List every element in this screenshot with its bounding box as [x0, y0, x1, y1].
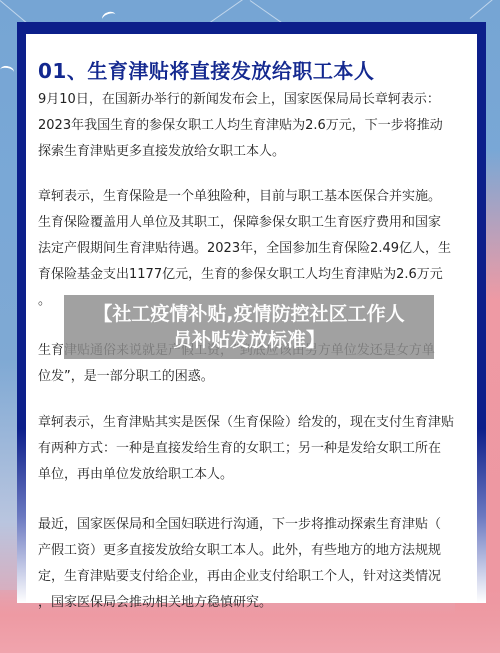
paragraph-line: 2023年我国生育的参保女职工人均生育津贴为2.6万元，下一步将推动	[38, 113, 468, 139]
article-title: 01、生育津贴将直接发放给职工本人	[38, 55, 374, 84]
paragraph-line: 章轲表示，生育津贴其实是医保（生育保险）给发的，现在支付生育津贴	[38, 410, 468, 436]
paragraph-line: 产假工资）更多直接发放给女职工本人。此外，有些地方的地方法规规	[38, 538, 468, 564]
paragraph-line: 位发”，是一部分职工的困惑。	[38, 364, 468, 390]
paragraph-4: 章轲表示，生育津贴其实是医保（生育保险）给发的，现在支付生育津贴 有两种方式：一…	[38, 410, 468, 488]
paragraph-line: 章轲表示，生育保险是一个单独险种，目前与职工基本医保合并实施。	[38, 184, 468, 210]
headline-overlay-banner: 【社工疫情补贴,疫情防控社区工作人 员补贴发放标准】	[64, 295, 434, 359]
paragraph-1: 9月10日，在国新办举行的新闻发布会上，国家医保局局长章轲表示： 2023年我国…	[38, 87, 468, 165]
paragraph-5: 最近，国家医保局和全国妇联进行沟通，下一步将推动探索生育津贴（ 产假工资）更多直…	[38, 512, 468, 616]
paragraph-line: 单位，再由单位发放给职工本人。	[38, 462, 468, 488]
paragraph-line: ，国家医保局会推动相关地方稳慎研究。	[38, 590, 468, 616]
overlay-line: 【社工疫情补贴,疫情防控社区工作人	[93, 301, 404, 327]
paragraph-line: 法定产假期间生育津贴待遇。2023年，全国参加生育保险2.49亿人，生	[38, 236, 468, 262]
paragraph-line: 有两种方式：一种是直接发给生育的女职工；另一种是发给女职工所在	[38, 436, 468, 462]
paragraph-line: 探索生育津贴更多直接发放给女职工本人。	[38, 139, 468, 165]
paragraph-line: 9月10日，在国新办举行的新闻发布会上，国家医保局局长章轲表示：	[38, 87, 468, 113]
paragraph-line: 育保险基金支出1177亿元，生育的参保女职工人均生育津贴为2.6万元	[38, 262, 468, 288]
paragraph-line: 生育保险覆盖用人单位及其职工，保障参保女职工生育医疗费用和国家	[38, 210, 468, 236]
overlay-line: 员补贴发放标准】	[173, 327, 325, 353]
paragraph-line: 最近，国家医保局和全国妇联进行沟通，下一步将推动探索生育津贴（	[38, 512, 468, 538]
paragraph-line: 定，生育津贴要支付给企业，再由企业支付给职工个人，针对这类情况	[38, 564, 468, 590]
